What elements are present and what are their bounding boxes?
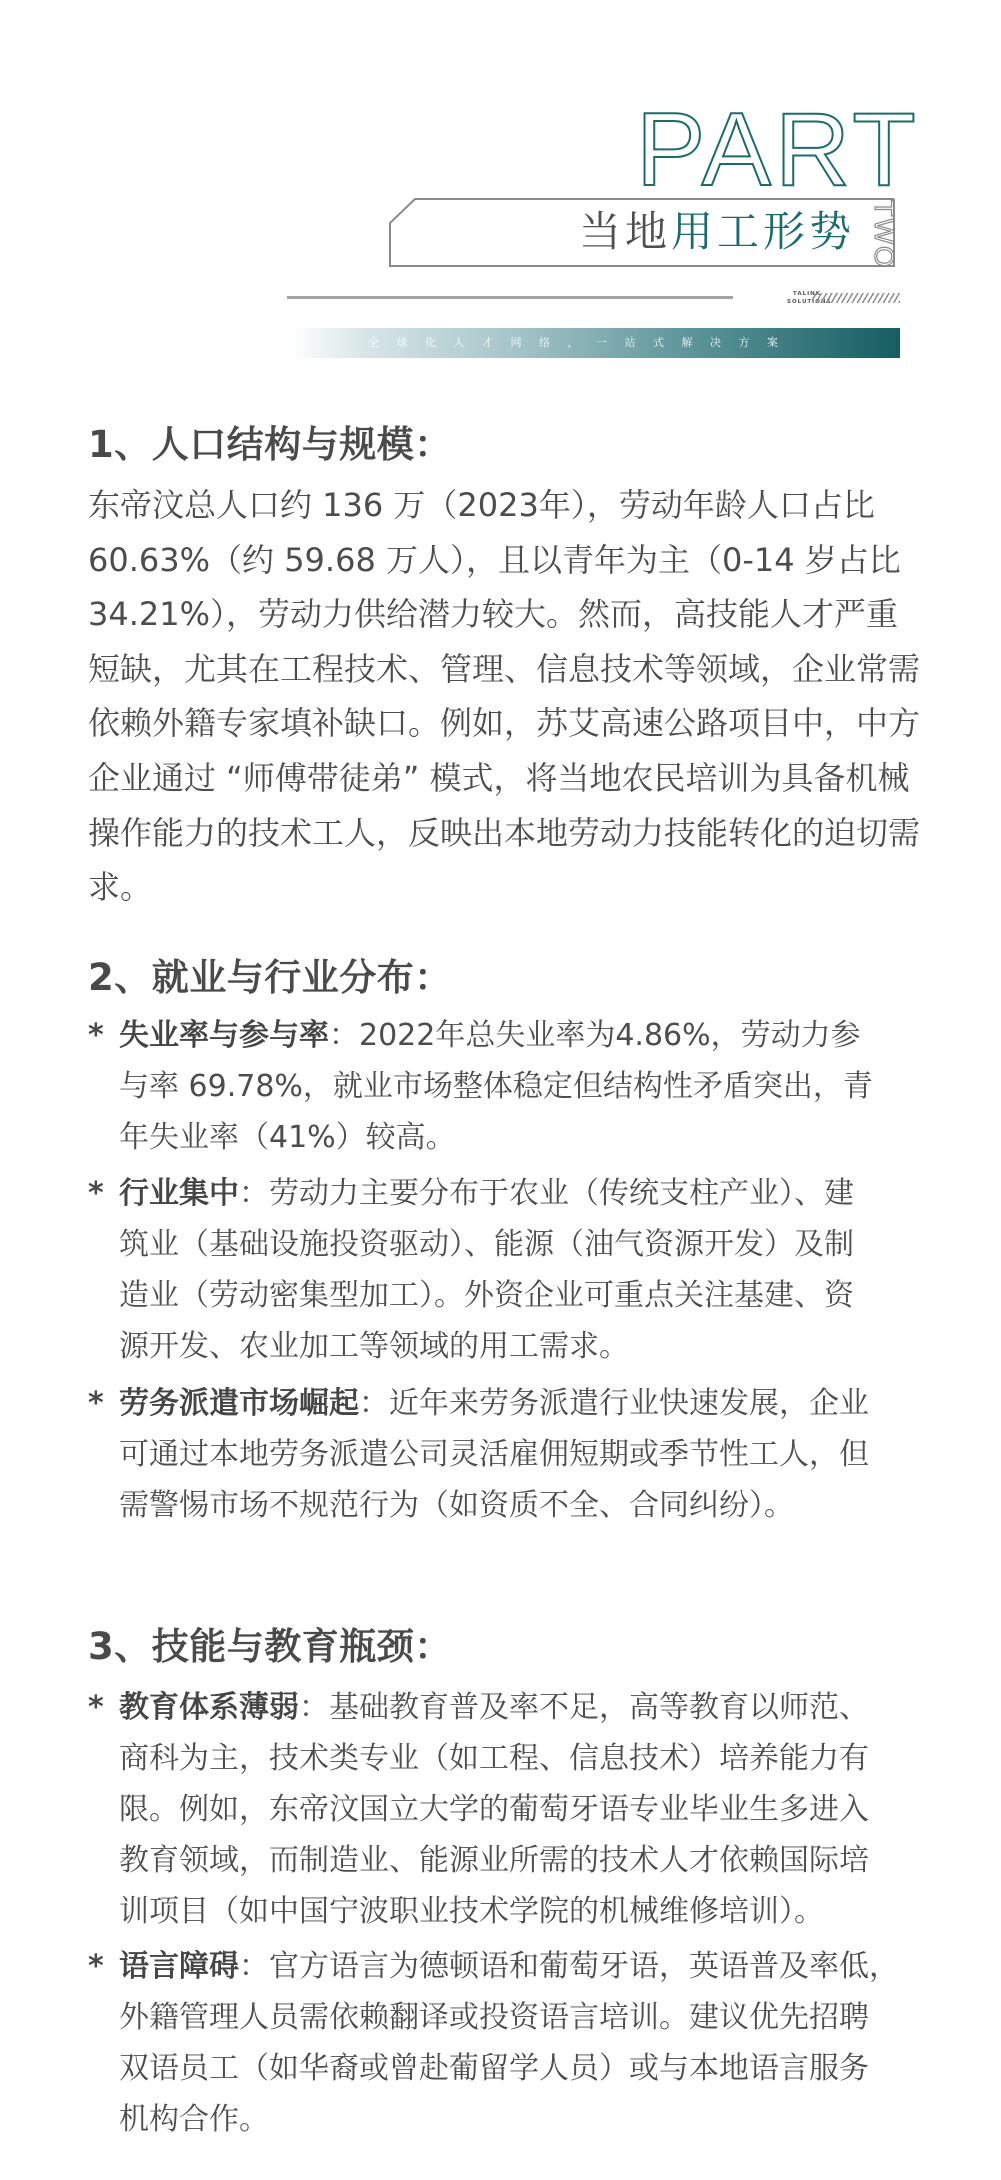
bullet-line: 造业（劳动密集型加工）。外资企业可重点关注基建、资 — [88, 1270, 928, 1321]
section1-paragraph: 东帝汶总人口约 136 万（2023年），劳动年龄人口占比 60.63%（约 5… — [88, 478, 918, 915]
divider-line — [287, 296, 733, 299]
hatch-decoration-icon — [812, 293, 900, 303]
paragraph-line: 企业通过 “师傅带徒弟” 模式，将当地农民培训为具备机械 — [88, 751, 918, 806]
bullet-line: 教育领域，而制造业、能源业所需的技术人才依赖国际培 — [88, 1835, 928, 1886]
bullet-item: *行业集中：劳动力主要分布于农业（传统支柱产业）、建 筑业（基础设施投资驱动）、… — [88, 1168, 928, 1372]
bullet-text: ：2022年总失业率为4.86%，劳动力参 — [329, 1018, 861, 1053]
bullet-text: ：近年来劳务派遣行业快速发展，企业 — [359, 1386, 869, 1421]
section3-heading: 3、技能与教育瓶颈： — [88, 1627, 452, 1667]
bullet-line: 源开发、农业加工等领域的用工需求。 — [88, 1321, 928, 1372]
section2-heading: 2、就业与行业分布： — [88, 958, 452, 998]
part-number-vertical: TWO — [871, 200, 897, 276]
section-title-part1: 当地 — [579, 207, 671, 256]
section-title-part2: 用工形势 — [671, 207, 855, 256]
bullet-line: 与率 69.78%，就业市场整体稳定但结构性矛盾突出，青 — [88, 1061, 928, 1112]
section-title-box: 当地用工形势 — [389, 198, 895, 267]
section-title: 当地用工形势 — [579, 208, 855, 256]
bullet-star-icon: * — [88, 1378, 119, 1429]
paragraph-line: 依赖外籍专家填补缺口。例如，苏艾高速公路项目中，中方 — [88, 696, 918, 751]
bullet-star-icon: * — [88, 1941, 119, 1992]
bullet-label: 失业率与参与率 — [119, 1018, 329, 1053]
bullet-text: ：基础教育普及率不足，高等教育以师范、 — [299, 1690, 869, 1725]
part-label: PART — [636, 98, 920, 202]
paragraph-line: 短缺，尤其在工程技术、管理、信息技术等领域，企业常需 — [88, 642, 918, 697]
bullet-line: 年失业率（41%）较高。 — [88, 1112, 928, 1163]
paragraph-line: 东帝汶总人口约 136 万（2023年），劳动年龄人口占比 — [88, 478, 918, 533]
paragraph-line: 操作能力的技术工人，反映出本地劳动力技能转化的迫切需 — [88, 806, 918, 861]
bullet-item: *教育体系薄弱：基础教育普及率不足，高等教育以师范、 商科为主，技术类专业（如工… — [88, 1682, 928, 1937]
bullet-line: 需警惕市场不规范行为（如资质不全、合同纠纷）。 — [88, 1480, 928, 1531]
bullet-text: ：劳动力主要分布于农业（传统支柱产业）、建 — [239, 1176, 854, 1211]
bullet-text: ：官方语言为德顿语和葡萄牙语，英语普及率低， — [239, 1949, 899, 1984]
bullet-label: 劳务派遣市场崛起 — [119, 1386, 359, 1421]
bullet-item: *语言障碍：官方语言为德顿语和葡萄牙语，英语普及率低， 外籍管理人员需依赖翻译或… — [88, 1941, 928, 2145]
tagline: 全球化人才网络，一站式解决方案 — [368, 334, 796, 352]
paragraph-line: 求。 — [88, 860, 918, 915]
bullet-star-icon: * — [88, 1010, 119, 1061]
section1-heading: 1、人口结构与规模： — [88, 425, 452, 465]
paragraph-line: 60.63%（约 59.68 万人），且以青年为主（0-14 岁占比 — [88, 533, 918, 588]
bullet-line: 可通过本地劳务派遣公司灵活雇佣短期或季节性工人，但 — [88, 1429, 928, 1480]
paragraph-line: 34.21%），劳动力供给潜力较大。然而，高技能人才严重 — [88, 587, 918, 642]
bullet-label: 语言障碍 — [119, 1949, 239, 1984]
bullet-line: 商科为主，技术类专业（如工程、信息技术）培养能力有 — [88, 1733, 928, 1784]
bullet-item: *失业率与参与率：2022年总失业率为4.86%，劳动力参 与率 69.78%，… — [88, 1010, 928, 1163]
bullet-line: 外籍管理人员需依赖翻译或投资语言培训。建议优先招聘 — [88, 1992, 928, 2043]
bullet-line: 训项目（如中国宁波职业技术学院的机械维修培训）。 — [88, 1886, 928, 1937]
bullet-item: *劳务派遣市场崛起：近年来劳务派遣行业快速发展，企业 可通过本地劳务派遣公司灵活… — [88, 1378, 928, 1531]
part-number: TWO — [871, 200, 897, 269]
bullet-line: 筑业（基础设施投资驱动）、能源（油气资源开发）及制 — [88, 1219, 928, 1270]
bullet-line: 双语员工（如华裔或曾赴葡留学人员）或与本地语言服务 — [88, 2043, 928, 2094]
bullet-star-icon: * — [88, 1682, 119, 1733]
bullet-label: 教育体系薄弱 — [119, 1690, 299, 1725]
bullet-star-icon: * — [88, 1168, 119, 1219]
bullet-line: 机构合作。 — [88, 2094, 928, 2145]
bullet-line: 限。例如，东帝汶国立大学的葡萄牙语专业毕业生多进入 — [88, 1784, 928, 1835]
bullet-label: 行业集中 — [119, 1176, 239, 1211]
